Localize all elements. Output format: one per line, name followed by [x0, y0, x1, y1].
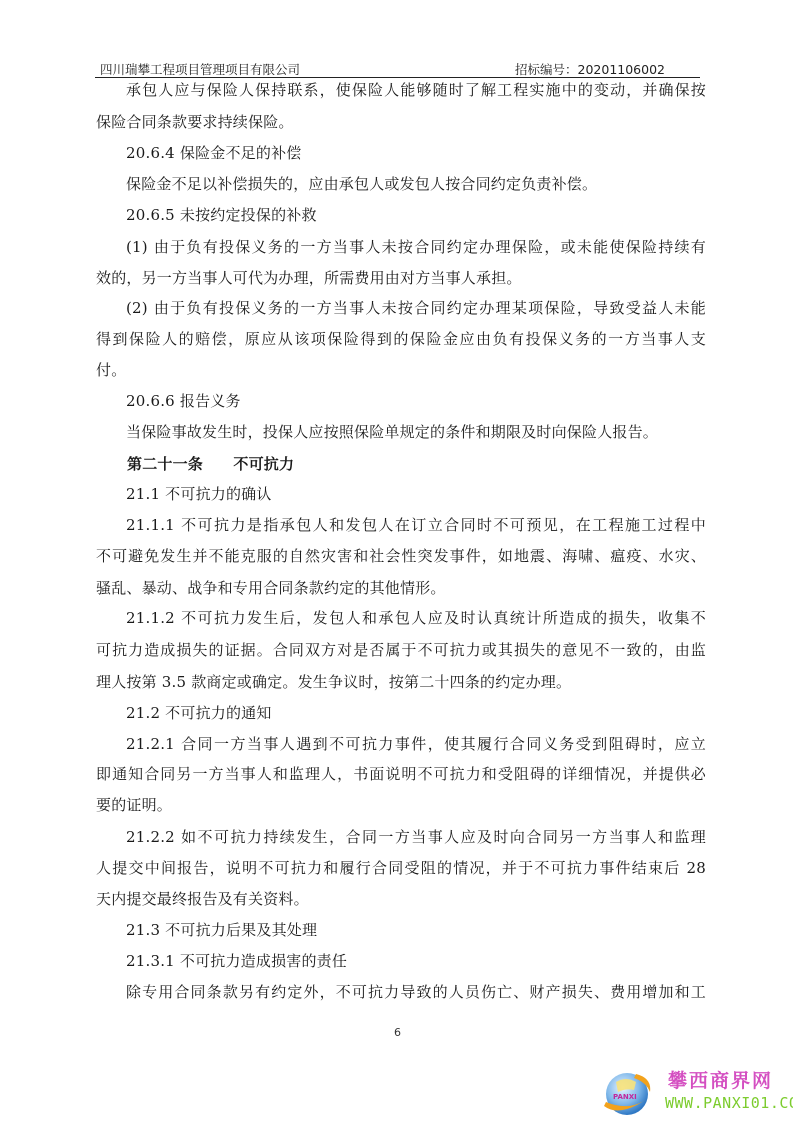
text-line: 21.1 不可抗力的确认 [126, 484, 736, 504]
text-line: 承包人应与保险人保持联系，使保险人能够随时了解工程实施中的变动，并确保按 [126, 80, 706, 100]
page-header: 四川瑞攀工程项目管理项目有限公司 招标编号：20201106002 [100, 58, 665, 76]
text-line: 骚乱、暴动、战争和专用合同条款约定的其他情形。 [96, 578, 706, 598]
text-line: 要的证明。 [96, 795, 706, 815]
page-number: 6 [394, 1026, 401, 1039]
text-line: 当保险事故发生时，投保人应按照保险单规定的条件和期限及时向保险人报告。 [126, 422, 736, 442]
text-line: 20.6.5 未按约定投保的补救 [126, 205, 736, 225]
text-line: 保险金不足以补偿损失的，应由承包人或发包人按合同约定负责补偿。 [126, 174, 736, 194]
text-line: 21.3 不可抗力后果及其处理 [126, 920, 736, 940]
text-line: 天内提交最终报告及有关资料。 [96, 889, 706, 909]
bid-number: 招标编号：20201106002 [515, 60, 665, 78]
text-line: 可抗力造成损失的证据。合同双方对是否属于不可抗力或其损失的意见不一致的，由监 [96, 640, 706, 660]
section-heading: 第二十一条 不可抗力 [127, 454, 737, 474]
watermark-site-name: 攀西商界网 [668, 1066, 773, 1093]
text-line: 不可避免发生并不能克服的自然灾害和社会性突发事件，如地震、海啸、瘟疫、水灾、 [96, 546, 706, 566]
text-line: 除专用合同条款另有约定外，不可抗力导致的人员伤亡、财产损失、费用增加和工 [126, 982, 706, 1002]
text-line: 20.6.4 保险金不足的补偿 [126, 143, 736, 163]
text-line: (2) 由于负有投保义务的一方当事人未按合同约定办理某项保险，导致受益人未能 [126, 298, 706, 318]
text-line: 得到保险人的赔偿，原应从该项保险得到的保险金应由负有投保义务的一方当事人支 [96, 329, 706, 349]
text-line: 21.3.1 不可抗力造成损害的责任 [126, 951, 736, 971]
text-line: 21.1.2 不可抗力发生后，发包人和承包人应及时认真统计所造成的损失，收集不 [126, 608, 706, 628]
text-line: 理人按第 3.5 款商定或确定。发生争议时，按第二十四条的约定办理。 [96, 672, 706, 692]
text-line: 21.2.1 合同一方当事人遇到不可抗力事件，使其履行合同义务受到阻碍时，应立 [126, 734, 706, 754]
text-line: 付。 [96, 360, 706, 380]
text-line: 21.1.1 不可抗力是指承包人和发包人在订立合同时不可预见，在工程施工过程中 [126, 515, 706, 535]
text-line: 即通知合同另一方当事人和监理人，书面说明不可抗力和受阻碍的详细情况，并提供必 [96, 764, 706, 784]
text-line: 20.6.6 报告义务 [126, 391, 736, 411]
header-divider [95, 77, 700, 78]
globe-icon: PANXI [600, 1068, 656, 1118]
watermark-url: WWW.PANXI01.COM [665, 1094, 793, 1112]
svg-text:PANXI: PANXI [613, 1093, 637, 1101]
text-line: 效的，另一方当事人可代为办理，所需费用由对方当事人承担。 [96, 268, 706, 288]
text-line: 21.2 不可抗力的通知 [126, 703, 736, 723]
text-line: 人提交中间报告，说明不可抗力和履行合同受阻的情况，并于不可抗力事件结束后 28 [96, 858, 706, 878]
text-line: 保险合同条款要求持续保险。 [96, 112, 706, 132]
watermark-logo: PANXI 攀西商界网 WWW.PANXI01.COM [598, 1060, 793, 1120]
company-name: 四川瑞攀工程项目管理项目有限公司 [100, 60, 300, 78]
text-line: 21.2.2 如不可抗力持续发生，合同一方当事人应及时向合同另一方当事人和监理 [126, 827, 706, 847]
text-line: (1) 由于负有投保义务的一方当事人未按合同约定办理保险，或未能使保险持续有 [126, 237, 706, 257]
